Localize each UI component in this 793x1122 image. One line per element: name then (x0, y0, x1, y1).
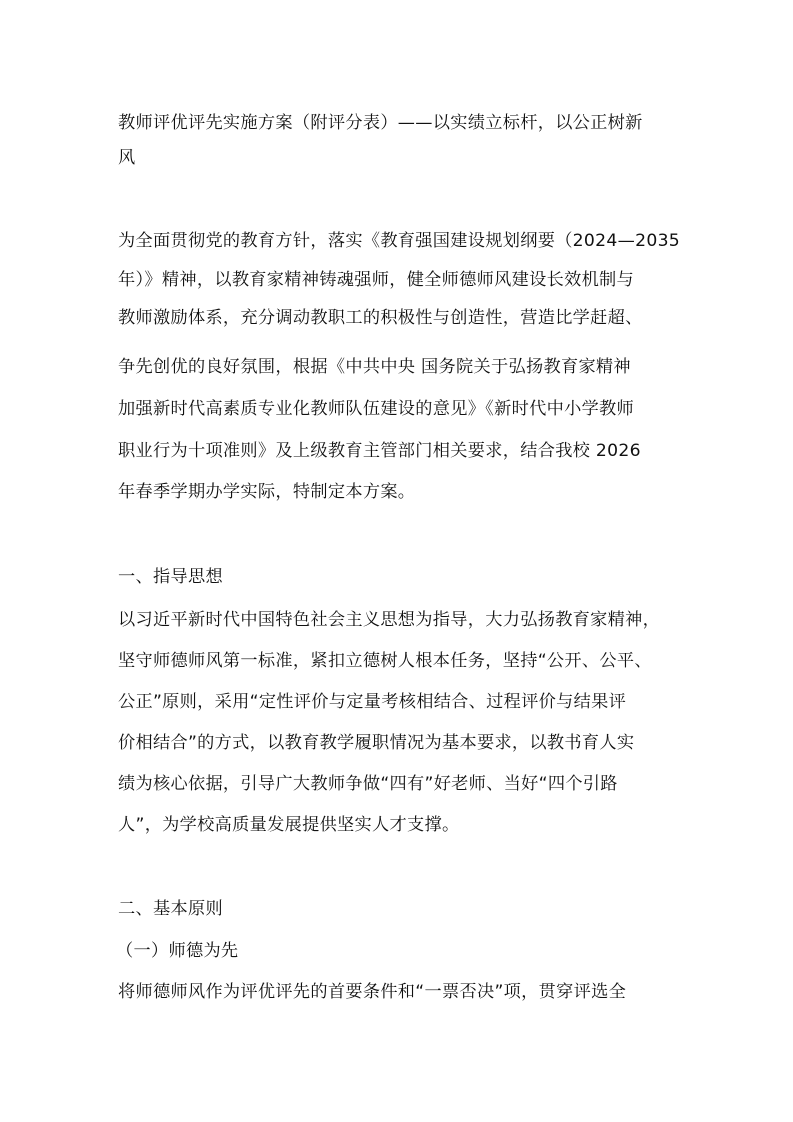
section-1-line-6: 人”，为学校高质量发展提供坚实人才支撑。 (118, 815, 459, 835)
intro-line-6: 职业行为十项准则》及上级教育主管部门相关要求，结合我校 2026 (118, 441, 641, 461)
section-2-line-1: 将师德师风作为评优评先的首要条件和“一票否决”项，贯穿评选全 (118, 982, 626, 1002)
intro-line-1: 为全面贯彻党的教育方针，落实《教育强国建设规划纲要（2024—2035 (118, 231, 680, 251)
document-page: 教师评优评先实施方案（附评分表）——以实绩立标杆，以公正树新 风 为全面贯彻党的… (0, 0, 793, 1122)
section-2-subheading: （一）师德为先 (116, 941, 238, 961)
section-1-heading: 一、指导思想 (118, 567, 223, 587)
section-2-heading: 二、基本原则 (118, 899, 223, 919)
section-1-line-4: 价相结合”的方式，以教育教学履职情况为基本要求，以教书育人实 (118, 733, 634, 753)
section-1-line-2: 坚守师德师风第一标准，紧扣立德树人根本任务，坚持“公开、公平、 (118, 651, 652, 671)
section-1-line-5: 绩为核心依据，引导广大教师争做“四有”好老师、当好“四个引路 (118, 774, 618, 794)
section-1-line-3: 公正”原则，采用“定性评价与定量考核相结合、过程评价与结果评 (118, 692, 626, 712)
intro-line-2: 年）》精神，以教育家精神铸魂强师，健全师德师风建设长效机制与 (118, 270, 634, 290)
intro-line-4: 争先创优的良好氛围，根据《中共中央 国务院关于弘扬教育家精神 (118, 357, 631, 377)
intro-line-3: 教师激励体系，充分调动教职工的积极性与创造性，营造比学赶超、 (118, 308, 643, 328)
document-title-line-1: 教师评优评先实施方案（附评分表）——以实绩立标杆，以公正树新 (118, 113, 643, 133)
intro-line-5: 加强新时代高素质专业化教师队伍建设的意见》《新时代中小学教师 (118, 399, 634, 419)
section-1-line-1: 以习近平新时代中国特色社会主义思想为指导，大力弘扬教育家精神， (118, 610, 660, 630)
document-title-line-2: 风 (118, 148, 136, 168)
intro-line-7: 年春季学期办学实际，特制定本方案。 (118, 482, 415, 502)
